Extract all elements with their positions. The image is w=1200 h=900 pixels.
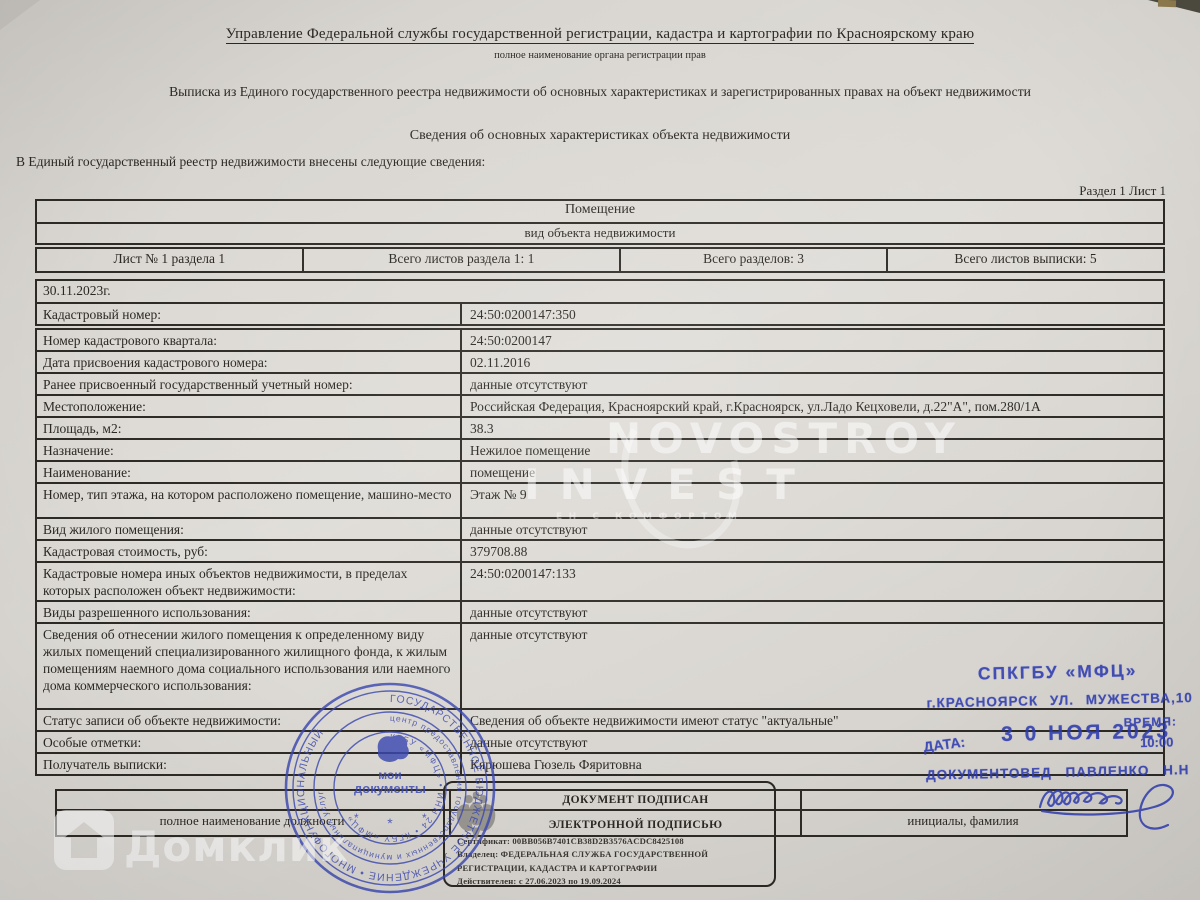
esig-owner: Владелец: ФЕДЕРАЛЬНАЯ СЛУЖБА ГОСУДАРСТВЕ… (457, 849, 770, 859)
table-row: Виды разрешенного использования:данные о… (37, 600, 1163, 622)
row-label: Кадастровая стоимость, руб: (37, 541, 462, 561)
mfc-round-stamp: ГОСУДАРСТВЕННОЕ БЮДЖЕТНОЕ УЧРЕЖДЕНИЕ • М… (278, 676, 502, 900)
document-title: Выписка из Единого государственного реес… (0, 84, 1200, 100)
round-stamp-center: мои (378, 768, 401, 782)
org-name: Управление Федеральной службы государств… (0, 26, 1200, 43)
row-value: Нежилое помещение (462, 440, 1163, 460)
row-value: данные отсутствуют (462, 602, 1163, 622)
row-value: данные отсутствуют (462, 374, 1163, 394)
row-label: Номер, тип этажа, на котором расположено… (37, 484, 462, 517)
novostroy-swoosh-icon (596, 396, 776, 566)
round-stamp-star: * (354, 811, 359, 825)
sheet-info-cell: Всего разделов: 3 (619, 249, 886, 271)
row-label: Номер кадастрового квартала: (37, 330, 462, 350)
section-title: Сведения об основных характеристиках объ… (0, 128, 1200, 144)
esig-title: ЭЛЕКТРОННОЙ ПОДПИСЬЮ (503, 819, 768, 831)
row-label: Наименование: (37, 462, 462, 482)
round-stamp-star: * (422, 811, 427, 825)
table-row: Кадастровые номера иных объектов недвижи… (37, 561, 1163, 600)
row-label: Ранее присвоенный государственный учетны… (37, 374, 462, 394)
row-value: данные отсутствуют (462, 519, 1163, 539)
row-label: Местоположение: (37, 396, 462, 416)
row-value: Российская Федерация, Красноярский край,… (462, 396, 1163, 416)
row-value: Этаж № 9 (462, 484, 1163, 517)
table-row: Номер кадастрового квартала:24:50:020014… (37, 330, 1163, 350)
table-edge-sliver (1158, 0, 1176, 7)
sheet-label: Раздел 1 Лист 1 (1079, 183, 1166, 199)
table-row: Кадастровый номер: 24:50:0200147:350 (37, 302, 1163, 324)
sheet-info-cell: Всего листов раздела 1: 1 (302, 249, 620, 271)
document-photo: Управление Федеральной службы государств… (0, 0, 1200, 900)
mfc-stamp-org: СПКГБУ «МФЦ» (978, 660, 1138, 684)
row-label: Площадь, м2: (37, 418, 462, 438)
row-value: помещение (462, 462, 1163, 482)
table-row: Дата присвоения кадастрового номера:02.1… (37, 350, 1163, 372)
esig-title: ДОКУМЕНТ ПОДПИСАН (503, 794, 768, 806)
table-row: Ранее присвоенный государственный учетны… (37, 372, 1163, 394)
row-label: Кадастровый номер: (37, 304, 462, 324)
sheet-info-row: Лист № 1 раздела 1 Всего листов раздела … (35, 247, 1165, 273)
row-label: Дата присвоения кадастрового номера: (37, 352, 462, 372)
round-stamp-star: * (387, 815, 393, 831)
object-type-table: Помещение вид объекта недвижимости (35, 199, 1165, 245)
row-value: 379708.88 (462, 541, 1163, 561)
row-value: 38.3 (462, 418, 1163, 438)
moi-dokumenty-logo-icon (378, 735, 409, 762)
date-group-table: 30.11.2023г. Кадастровый номер: 24:50:02… (35, 279, 1165, 326)
sheet-info-cell: Всего листов выписки: 5 (886, 249, 1163, 271)
row-value: 24:50:0200147:350 (462, 304, 1163, 324)
mfc-stamp-date-label: ДАТА: (922, 734, 966, 755)
object-type-caption: вид объекта недвижимости (37, 222, 1163, 243)
extract-date: 30.11.2023г. (37, 281, 1163, 302)
row-label: Вид жилого помещения: (37, 519, 462, 539)
esig-owner: РЕГИСТРАЦИИ, КАДАСТРА И КАРТОГРАФИИ (457, 863, 770, 873)
row-label: Кадастровые номера иных объектов недвижи… (37, 563, 462, 600)
row-value: 02.11.2016 (462, 352, 1163, 372)
mfc-stamp-address: г.КРАСНОЯРСК УЛ. МУЖЕСТВА,10 (926, 690, 1193, 711)
handwritten-signature (1036, 777, 1191, 841)
row-value: 24:50:0200147:133 (462, 563, 1163, 600)
intro-line: В Единый государственный реестр недвижим… (16, 154, 485, 170)
domclick-logo-icon (52, 808, 116, 872)
row-value: 24:50:0200147 (462, 330, 1163, 350)
org-name-caption: полное наименование органа регистрации п… (0, 50, 1200, 61)
row-label: Назначение: (37, 440, 462, 460)
esig-validity: Действителен: с 27.06.2023 по 19.09.2024 (457, 876, 770, 886)
object-type-value: Помещение (37, 201, 1163, 222)
sheet-info-cell: Лист № 1 раздела 1 (37, 249, 302, 271)
row-label: Виды разрешенного использования: (37, 602, 462, 622)
round-stamp-center: документы (354, 781, 426, 796)
mfc-stamp: СПКГБУ «МФЦ» г.КРАСНОЯРСК УЛ. МУЖЕСТВА,1… (922, 659, 1181, 794)
mfc-stamp-time: 10:00 (1140, 734, 1174, 750)
esig-certificate: Сертификат: 00BB056B7401CB38D2B3576ACDC8… (457, 836, 770, 846)
